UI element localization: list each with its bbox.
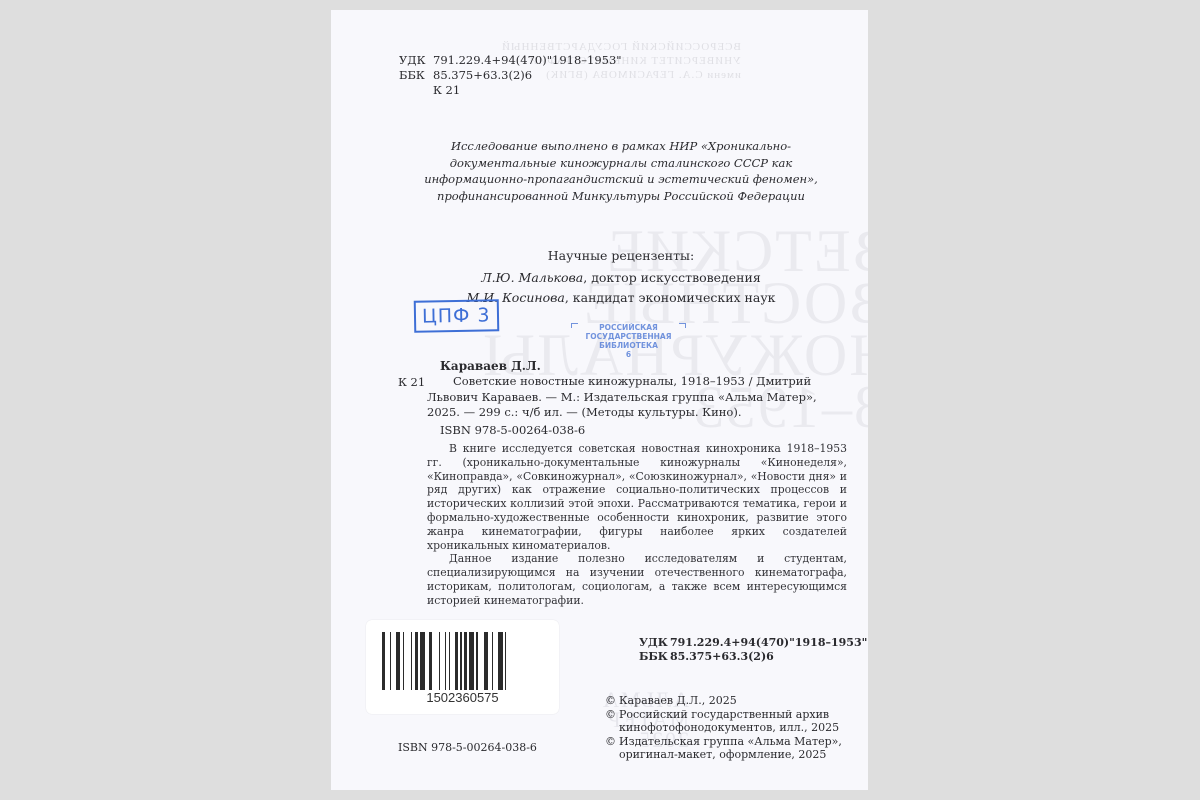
footer-classification-codes: УДК 791.229.4+94(470)"1918–1953" ББК 85.… bbox=[639, 636, 867, 664]
library-stamp-line: ГОСУДАРСТВЕННАЯ bbox=[571, 332, 686, 341]
copyright-icon: © bbox=[605, 735, 619, 762]
catalog-description: Советские новостные киножурналы, 1918–19… bbox=[427, 374, 847, 421]
footer-isbn: ISBN 978-5-00264-038-6 bbox=[398, 741, 537, 754]
footer-udk-label: УДК bbox=[639, 636, 670, 650]
reviewer-item: Л.Ю. Малькова, доктор искусствоведения bbox=[401, 268, 841, 288]
author-mark-row: К 21 bbox=[399, 83, 622, 98]
reviewer-name: Л.Ю. Малькова bbox=[481, 270, 583, 285]
book-abstract: В книге исследуется советская новостная … bbox=[427, 442, 847, 608]
copyright-item: © Издательская группа «Альма Матер», ори… bbox=[605, 735, 845, 762]
author-mark: К 21 bbox=[433, 83, 460, 98]
bbk-row: ББК 85.375+63.3(2)6 bbox=[399, 68, 622, 83]
catalog-author: Караваев Д.Л. bbox=[440, 359, 541, 373]
copyright-text: Российский государственный архив кинофот… bbox=[619, 708, 845, 735]
library-stamp-line: БИБЛИОТЕКА bbox=[571, 341, 686, 350]
catalog-isbn: ISBN 978-5-00264-038-6 bbox=[440, 423, 585, 437]
barcode-number: 1502360575 bbox=[366, 690, 559, 705]
reviewer-role: , доктор искусствоведения bbox=[583, 270, 760, 285]
cpf-stamp: ЦПФ 3 bbox=[414, 299, 499, 332]
footer-udk-row: УДК 791.229.4+94(470)"1918–1953" bbox=[639, 636, 867, 650]
barcode-icon bbox=[382, 632, 547, 690]
research-funding-note: Исследование выполнено в рамках НИР «Хро… bbox=[401, 138, 841, 204]
footer-bbk-label: ББК bbox=[639, 650, 670, 664]
book-imprint-page: ВСЕРОССИЙСКИЙ ГОСУДАРСТВЕННЫЙ УНИВЕРСИТЕ… bbox=[331, 10, 868, 790]
classification-codes: УДК 791.229.4+94(470)"1918–1953" ББК 85.… bbox=[399, 53, 622, 98]
abstract-paragraph: Данное издание полезно исследователям и … bbox=[427, 552, 847, 607]
footer-bbk-row: ББК 85.375+63.3(2)6 bbox=[639, 650, 867, 664]
copyright-text: Издательская группа «Альма Матер», ориги… bbox=[619, 735, 845, 762]
copyright-icon: © bbox=[605, 694, 619, 708]
udk-row: УДК 791.229.4+94(470)"1918–1953" bbox=[399, 53, 622, 68]
bbk-value: 85.375+63.3(2)6 bbox=[433, 68, 532, 83]
copyright-item: © Российский государственный архив киноф… bbox=[605, 708, 845, 735]
library-stamp-line: РОССИЙСКАЯ bbox=[571, 323, 686, 332]
copyright-text: Караваев Д.Л., 2025 bbox=[619, 694, 737, 708]
barcode-sticker: 1502360575 bbox=[366, 620, 559, 714]
library-stamp: РОССИЙСКАЯ ГОСУДАРСТВЕННАЯ БИБЛИОТЕКА 6 bbox=[571, 323, 686, 359]
udk-label: УДК bbox=[399, 53, 433, 68]
footer-bbk-value: 85.375+63.3(2)6 bbox=[670, 650, 774, 664]
catalog-description-text: Советские новостные киножурналы, 1918–19… bbox=[427, 374, 817, 419]
bbk-label: ББК bbox=[399, 68, 433, 83]
catalog-side-mark: К 21 bbox=[398, 375, 425, 389]
udk-value: 791.229.4+94(470)"1918–1953" bbox=[433, 53, 622, 68]
copyright-block: © Караваев Д.Л., 2025 © Российский госуд… bbox=[605, 694, 845, 762]
copyright-icon: © bbox=[605, 708, 619, 735]
reviewer-role: , кандидат экономических наук bbox=[565, 290, 776, 305]
copyright-item: © Караваев Д.Л., 2025 bbox=[605, 694, 845, 708]
library-stamp-line: 6 bbox=[571, 350, 686, 359]
reviewers-title: Научные рецензенты: bbox=[401, 246, 841, 266]
abstract-paragraph: В книге исследуется советская новостная … bbox=[427, 442, 847, 552]
reviewers-block: Научные рецензенты: Л.Ю. Малькова, докто… bbox=[401, 246, 841, 308]
footer-udk-value: 791.229.4+94(470)"1918–1953" bbox=[670, 636, 867, 650]
ghost-line: ВСЕРОССИЙСКИЙ ГОСУДАРСТВЕННЫЙ bbox=[501, 40, 741, 54]
